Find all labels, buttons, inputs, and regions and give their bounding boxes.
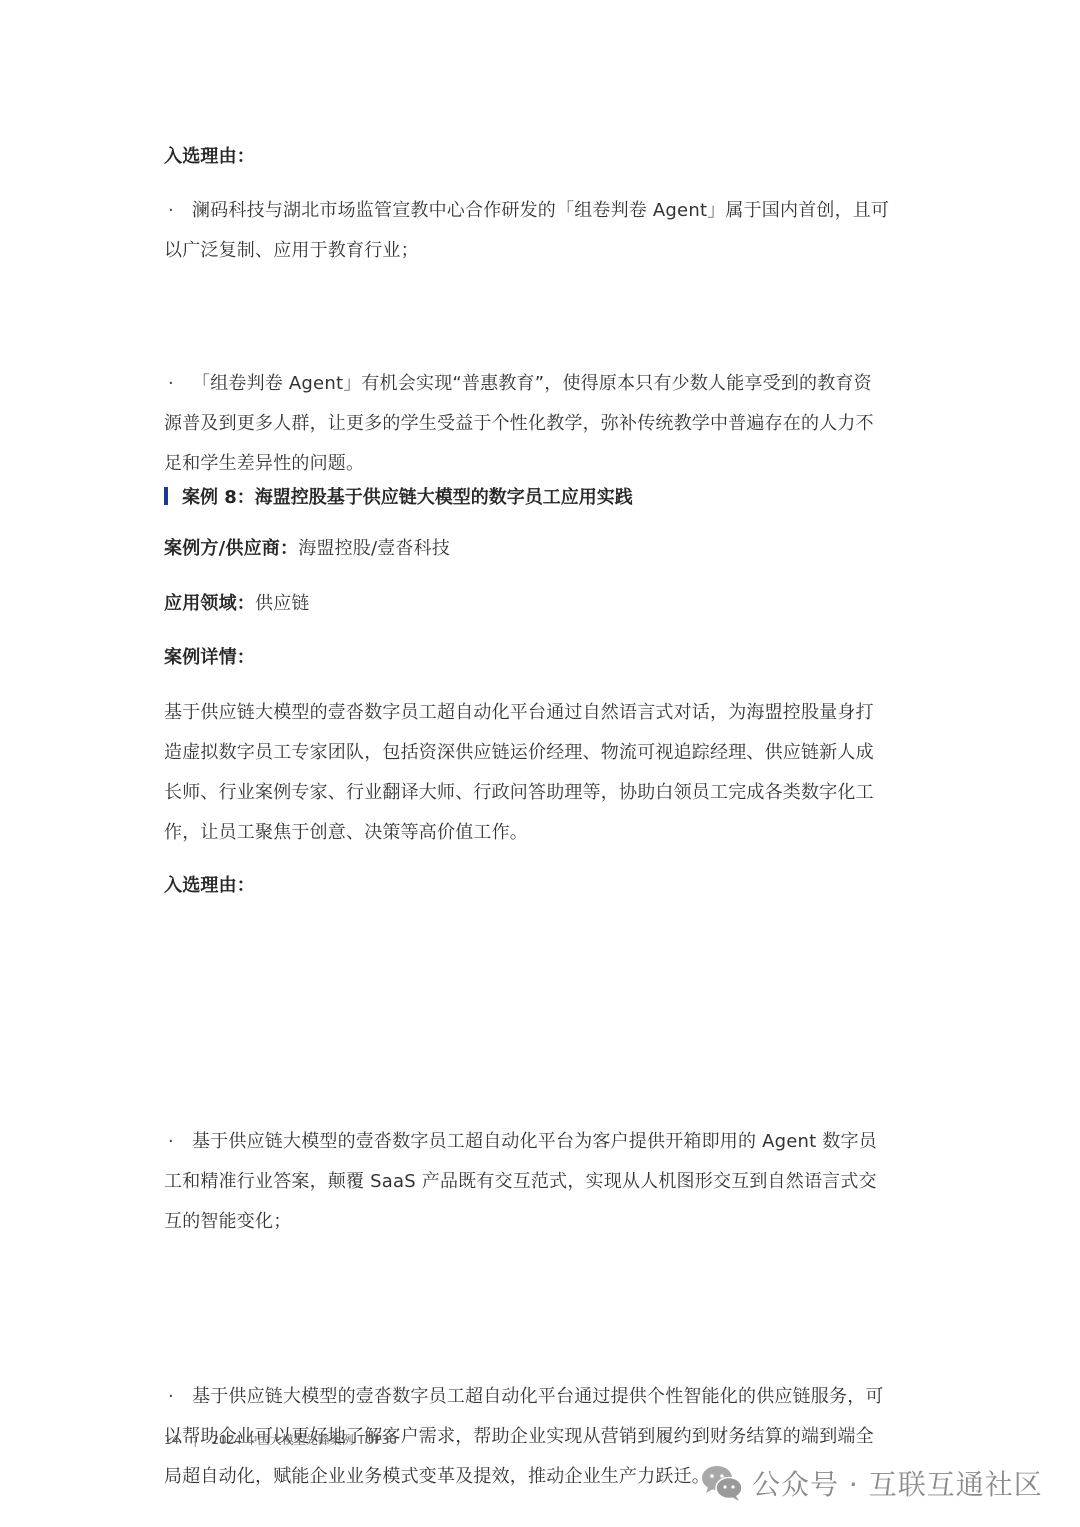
provider-value: 海盟控股/壹沓科技 <box>298 538 450 559</box>
reason-heading-2: 入选理由： <box>164 866 916 906</box>
provider-row: 案例方/供应商：海盟控股/壹沓科技 <box>164 529 916 569</box>
page-number: 14 <box>164 1433 179 1447</box>
detail-paragraph: 基于供应链大模型的壹沓数字员工超自动化平台通过自然语言式对话，为海盟控股量身打 … <box>164 693 916 853</box>
accent-bar <box>164 487 168 505</box>
wechat-watermark: 公众号 · 互联互通社区 <box>700 1460 1043 1506</box>
bullet-item: ·基于供应链大模型的壹沓数字员工超自动化平台为客户提供开箱即用的 Agent 数… <box>164 1122 916 1242</box>
footer-doc-title: 2024 中国大模型先锋案例 TOP30 <box>211 1431 396 1448</box>
wechat-icon <box>700 1463 744 1503</box>
domain-value: 供应链 <box>255 593 310 614</box>
case-title: 案例 8：海盟控股基于供应链大模型的数字员工应用实践 <box>164 476 633 516</box>
bullet-item: ·澜码科技与湖北市场监管宣教中心合作研发的「组卷判卷 Agent」属于国内首创，… <box>164 191 916 271</box>
domain-row: 应用领域：供应链 <box>164 584 916 624</box>
detail-heading: 案例详情： <box>164 638 916 678</box>
domain-label: 应用领域： <box>164 593 255 614</box>
watermark-text: 公众号 · 互联互通社区 <box>752 1463 1043 1503</box>
bullet-dot-icon: · <box>164 364 192 404</box>
reason-heading-1: 入选理由： <box>164 137 916 177</box>
bullet-item: ·「组卷判卷 Agent」有机会实现“普惠教育”，使得原本只有少数人能享受到的教… <box>164 364 916 484</box>
bullet-dot-icon: · <box>164 1377 192 1417</box>
document-page: 入选理由： ·澜码科技与湖北市场监管宣教中心合作研发的「组卷判卷 Agent」属… <box>164 0 916 440</box>
page-footer: 14 | 2024 中国大模型先锋案例 TOP30 <box>164 1431 397 1448</box>
footer-separator: | <box>193 1433 197 1447</box>
provider-label: 案例方/供应商： <box>164 538 298 559</box>
bullet-dot-icon: · <box>164 1122 192 1162</box>
bullet-dot-icon: · <box>164 191 192 231</box>
